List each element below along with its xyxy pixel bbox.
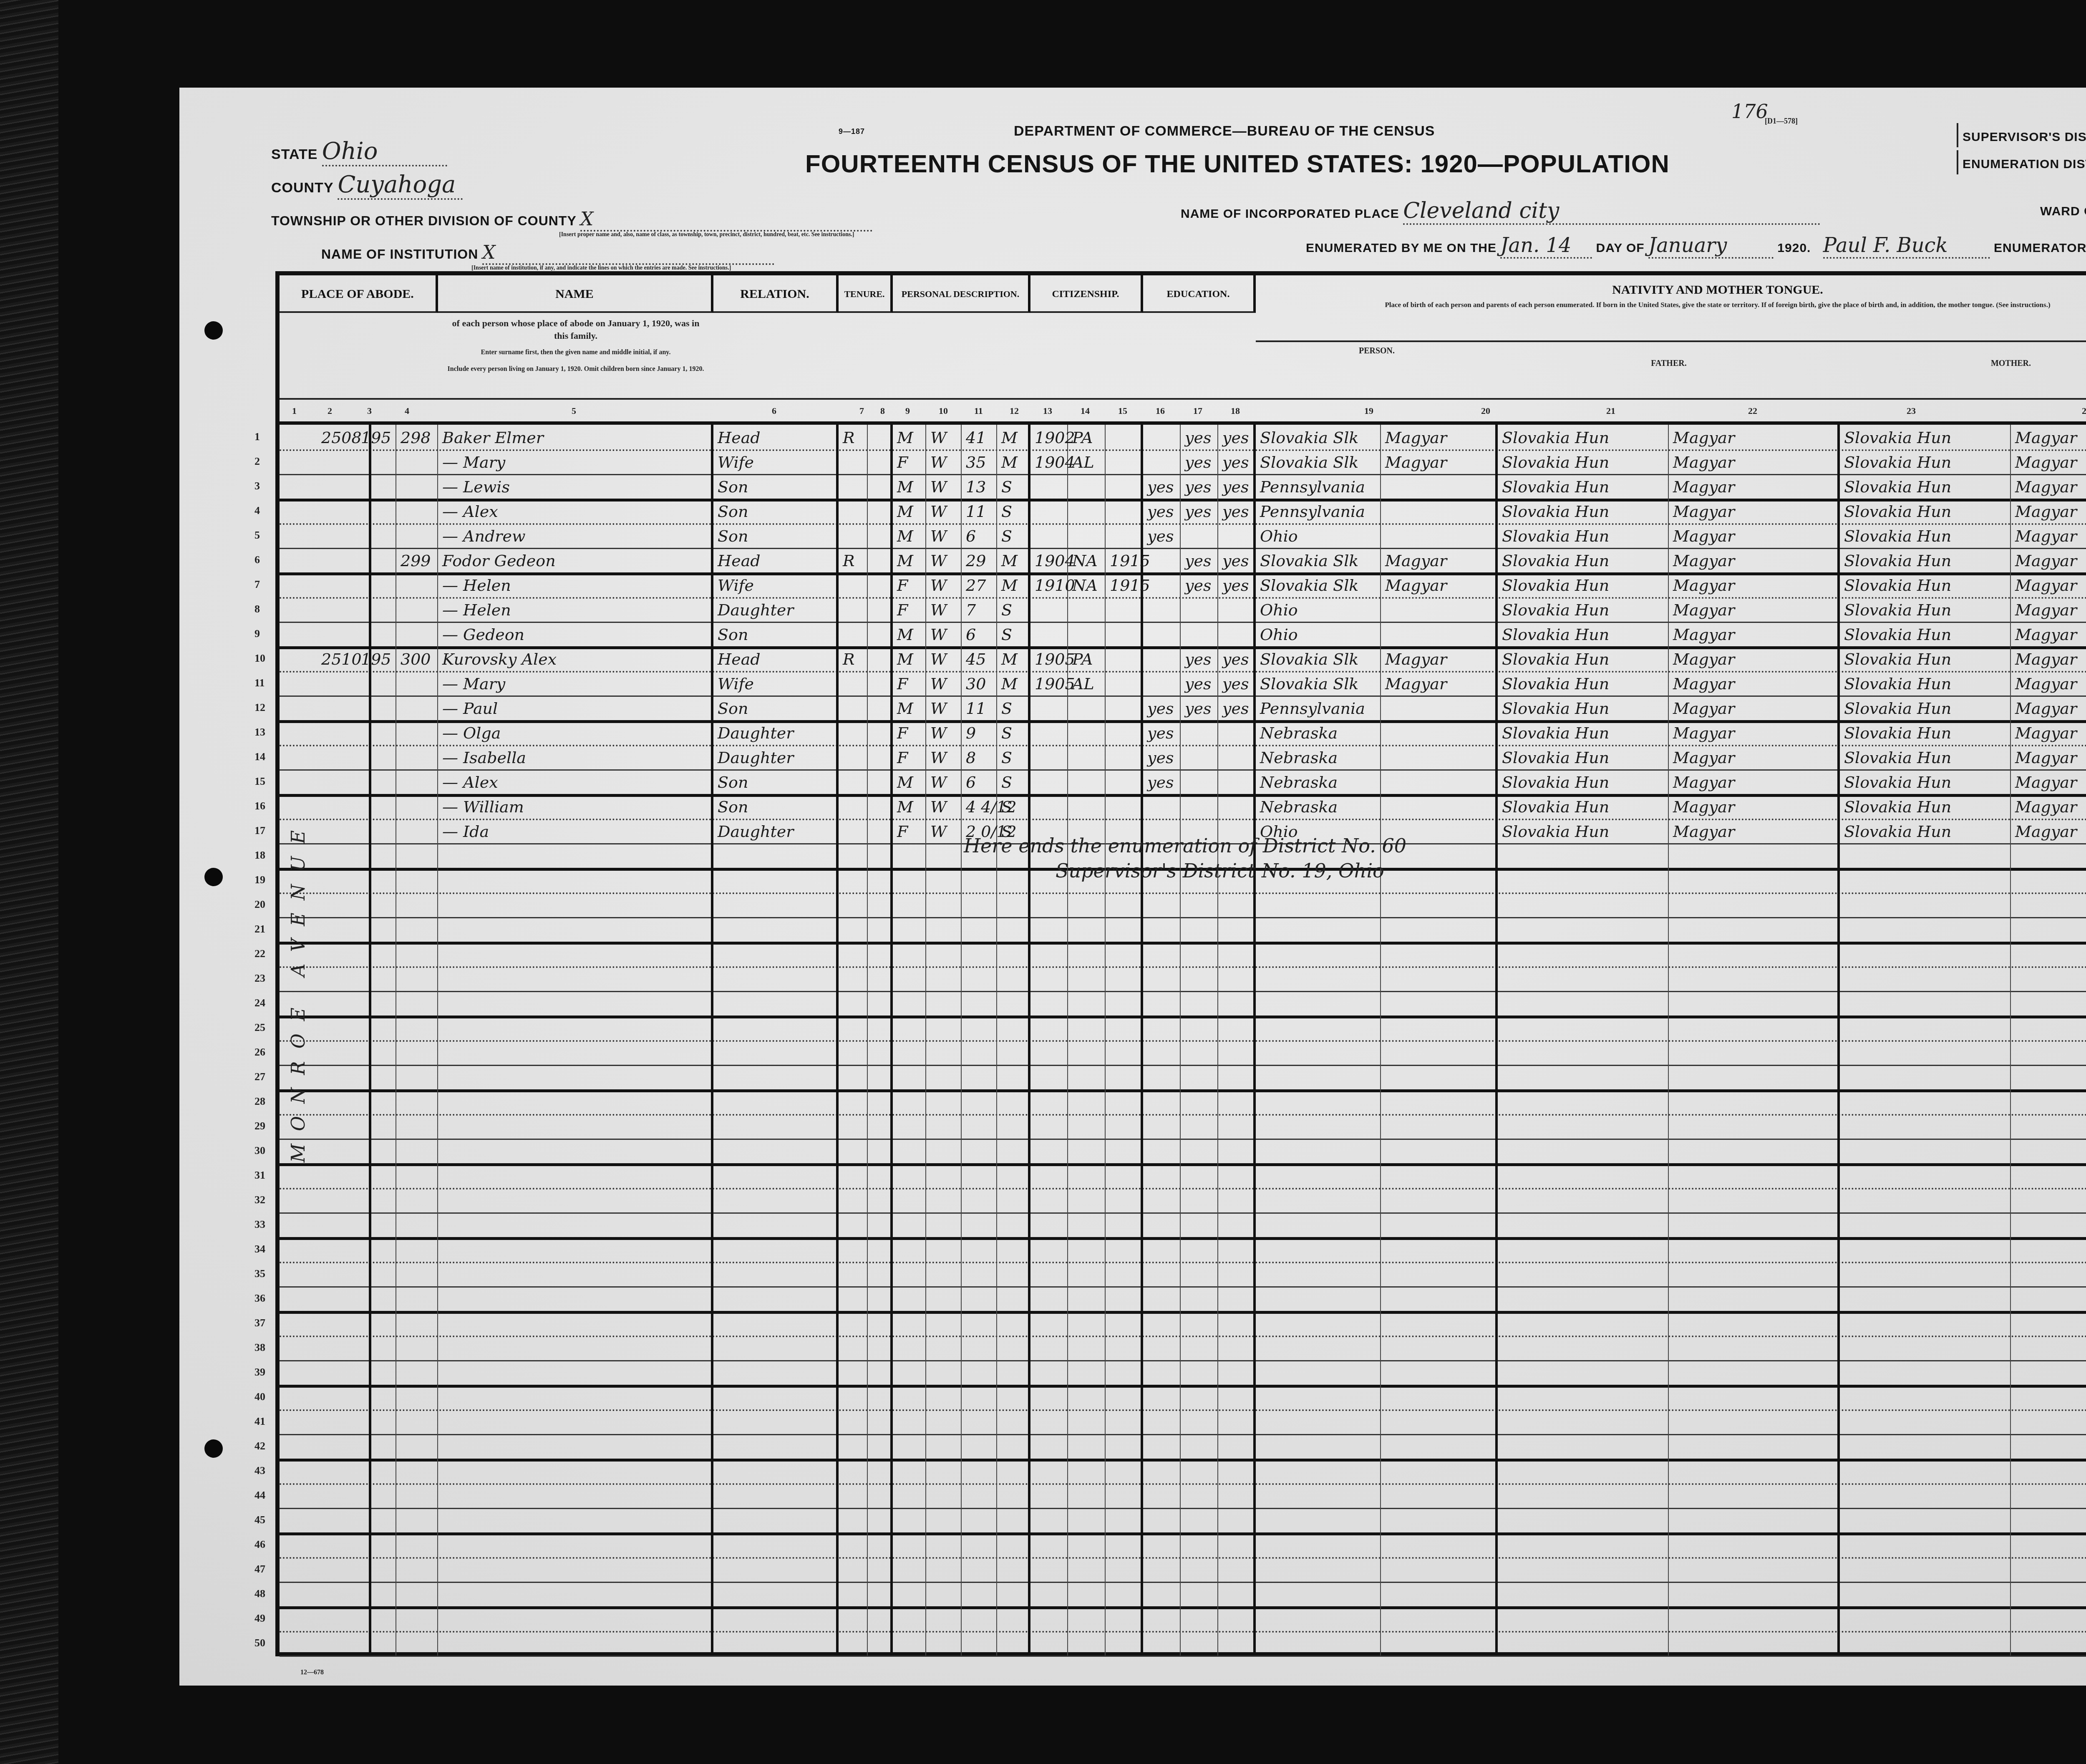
cell-natyear: [1106, 1016, 1143, 1040]
cell-family: [396, 868, 438, 892]
line-number-left: 17: [254, 824, 265, 837]
cell-nat: PA: [1068, 425, 1106, 449]
cell-m-tongue: [2011, 1311, 2086, 1336]
cell-family: [396, 474, 438, 499]
cell-family: [396, 1557, 438, 1582]
cell-m-tongue: [2011, 1631, 2086, 1656]
cell-relation: [713, 1262, 839, 1286]
cell-write: [1218, 1040, 1256, 1065]
cell-tenure: [839, 1508, 868, 1532]
group-relation: RELATION.: [713, 275, 839, 313]
cell-immig: [1030, 966, 1068, 991]
cell-immig: 1904: [1030, 449, 1068, 474]
cell-m-pob: Slovakia Hun: [1840, 671, 2011, 696]
cell-family: [396, 523, 438, 548]
cell-read: [1181, 991, 1218, 1016]
cell-family: [396, 966, 438, 991]
cell-tenure: [839, 572, 868, 597]
cell-age: [962, 991, 997, 1016]
cell-write: [1218, 1557, 1256, 1582]
cell-tongue: Magyar: [1381, 548, 1498, 572]
cell-f-tongue: Magyar: [1669, 671, 1840, 696]
cell-marital: M: [997, 449, 1030, 474]
cell-m-pob: Slovakia Hun: [1840, 548, 2011, 572]
supervisor-district-label: SUPERVISOR'S DISTRICT NO.: [1963, 130, 2086, 144]
cell-f-pob: [1498, 1459, 1669, 1483]
cell-marital: [997, 1483, 1030, 1508]
cell-marital: [997, 1089, 1030, 1114]
cell-dwelling: [357, 548, 396, 572]
cell-tenure: [839, 1385, 868, 1409]
cell-relation: Daughter: [713, 745, 839, 769]
line-number-left: 14: [254, 751, 265, 763]
cell-school: yes: [1143, 720, 1181, 745]
cell-m-tongue: [2011, 991, 2086, 1016]
cell-sex: [893, 1606, 926, 1631]
census-sheet: STATE Ohio COUNTY Cuyahoga TOWNSHIP OR O…: [179, 88, 2086, 1686]
cell-write: [1218, 1311, 1256, 1336]
cell-name: — Gedeon: [438, 622, 713, 646]
cell-m-pob: [1840, 991, 2011, 1016]
cell-m-pob: [1840, 843, 2011, 868]
cell-write: [1218, 622, 1256, 646]
line-number-left: 7: [254, 578, 260, 591]
cell-age: 29: [962, 548, 997, 572]
cell-m-pob: [1840, 868, 2011, 892]
group-nativity: NATIVITY AND MOTHER TONGUE. Place of bir…: [1256, 275, 2086, 342]
col-num: 4: [405, 406, 409, 416]
cell-tongue: [1381, 1459, 1498, 1483]
cell-sex: [893, 843, 926, 868]
cell-marital: [997, 1582, 1030, 1606]
table-row: — MaryWifeFW30M1905ALyesyesSlovakia SlkM…: [280, 671, 2086, 697]
cell-race: [926, 1212, 962, 1237]
line-number-left: 32: [254, 1194, 265, 1206]
cell-m-tongue: Magyar: [2011, 745, 2086, 769]
cell-dwelling: [357, 1606, 396, 1631]
cell-school: [1143, 1139, 1181, 1163]
cell-race: W: [926, 745, 962, 769]
cell-family: [396, 745, 438, 769]
punch-hole: [204, 868, 223, 886]
cell-read: [1181, 1065, 1218, 1089]
cell-age: 6: [962, 523, 997, 548]
cell-m-pob: [1840, 917, 2011, 942]
cell-pob: [1256, 1483, 1381, 1508]
cell-natyear: [1106, 1114, 1143, 1139]
cell-race: W: [926, 499, 962, 523]
cell-m-pob: [1840, 1016, 2011, 1040]
cell-tongue: [1381, 917, 1498, 942]
cell-pob: [1256, 1557, 1381, 1582]
cell-read: [1181, 1089, 1218, 1114]
cell-age: [962, 1508, 997, 1532]
cell-nat: NA: [1068, 548, 1106, 572]
cell-family: [396, 1311, 438, 1336]
cell-nat: [1068, 794, 1106, 819]
cell-age: [962, 868, 997, 892]
table-row: 2323: [280, 966, 2086, 992]
cell-relation: [713, 1557, 839, 1582]
cell-sex: [893, 1114, 926, 1139]
cell-nat: [1068, 745, 1106, 769]
cell-nat: [1068, 1237, 1106, 1262]
cell-tongue: [1381, 1286, 1498, 1311]
cell-read: [1181, 1212, 1218, 1237]
cell-age: [962, 1286, 997, 1311]
cell---own: [868, 745, 893, 769]
cell-dwelling: [357, 449, 396, 474]
cell-dwelling: [357, 523, 396, 548]
cell-nat: [1068, 597, 1106, 622]
nativity-title: NATIVITY AND MOTHER TONGUE.: [1256, 280, 2086, 300]
cell-m-pob: [1840, 942, 2011, 966]
cell-name: [438, 1409, 713, 1434]
cell-name: — Paul: [438, 696, 713, 720]
cell-pob: [1256, 892, 1381, 917]
cell-race: W: [926, 622, 962, 646]
cell-pob: Nebraska: [1256, 720, 1381, 745]
cell-f-pob: [1498, 1409, 1669, 1434]
cell-read: [1181, 1163, 1218, 1188]
cell-race: [926, 942, 962, 966]
street-name: MONROE AVENUE: [288, 818, 309, 1162]
cell-name: [438, 1262, 713, 1286]
cell-m-pob: Slovakia Hun: [1840, 794, 2011, 819]
cell-family: [396, 843, 438, 868]
cell-sex: F: [893, 449, 926, 474]
cell-m-pob: Slovakia Hun: [1840, 819, 2011, 843]
cell-tongue: [1381, 474, 1498, 499]
cell-dwelling: [357, 1532, 396, 1557]
cell-m-tongue: [2011, 1360, 2086, 1385]
col-num: 24: [2082, 406, 2086, 416]
cell-natyear: [1106, 449, 1143, 474]
cell-race: [926, 843, 962, 868]
cell-read: [1181, 966, 1218, 991]
cell-sex: F: [893, 720, 926, 745]
cell-race: [926, 1582, 962, 1606]
cell-race: W: [926, 646, 962, 671]
cell-dwelling: [357, 991, 396, 1016]
cell-dwelling: [357, 1409, 396, 1434]
cell-sex: [893, 1336, 926, 1360]
cell-natyear: [1106, 671, 1143, 696]
cell-f-pob: [1498, 1606, 1669, 1631]
cell-race: [926, 966, 962, 991]
cell-dwelling: [357, 1582, 396, 1606]
cell-read: [1181, 1262, 1218, 1286]
cell-tongue: [1381, 745, 1498, 769]
cell-m-pob: [1840, 1065, 2011, 1089]
cell-f-pob: Slovakia Hun: [1498, 474, 1669, 499]
cell-immig: [1030, 892, 1068, 917]
cell-read: yes: [1181, 548, 1218, 572]
cell-nat: [1068, 917, 1106, 942]
cell-dwelling: [357, 1385, 396, 1409]
cell-tenure: R: [839, 425, 868, 449]
cell-f-pob: [1498, 892, 1669, 917]
cell-tenure: [839, 671, 868, 696]
cell-age: 27: [962, 572, 997, 597]
cell-sex: [893, 1483, 926, 1508]
cell-natyear: [1106, 1582, 1143, 1606]
cell-name: [438, 843, 713, 868]
cell-dwelling: [357, 966, 396, 991]
table-row: 2828: [280, 1089, 2086, 1116]
cell-sex: [893, 942, 926, 966]
cell-natyear: [1106, 942, 1143, 966]
cell---own: [868, 868, 893, 892]
cell-m-pob: Slovakia Hun: [1840, 745, 2011, 769]
cell-family: [396, 1434, 438, 1459]
cell-f-tongue: Magyar: [1669, 597, 1840, 622]
cell-race: W: [926, 794, 962, 819]
table-row: — LewisSonMW13SyesyesyesPennsylvaniaSlov…: [280, 474, 2086, 501]
cell-race: W: [926, 696, 962, 720]
cell-immig: [1030, 1483, 1068, 1508]
cell-m-pob: Slovakia Hun: [1840, 449, 2011, 474]
cell-f-pob: [1498, 1336, 1669, 1360]
cell-name: [438, 1114, 713, 1139]
cell-relation: Wife: [713, 671, 839, 696]
cell-write: [1218, 1483, 1256, 1508]
cell-tongue: [1381, 1016, 1498, 1040]
data-rows: 2508195298Baker ElmerHeadRMW41M1902PAyes…: [280, 421, 2086, 1652]
cell-relation: [713, 991, 839, 1016]
col-num: 10: [939, 406, 948, 416]
table-row: 3232: [280, 1188, 2086, 1214]
col-num: 2: [328, 406, 332, 416]
cell-sex: [893, 1360, 926, 1385]
cell-read: [1181, 1360, 1218, 1385]
cell-marital: [997, 1360, 1030, 1385]
cell-m-pob: [1840, 1631, 2011, 1656]
cell-tongue: [1381, 499, 1498, 523]
cell-natyear: [1106, 1508, 1143, 1532]
cell-name: [438, 1459, 713, 1483]
cell-tongue: [1381, 1262, 1498, 1286]
cell-m-pob: [1840, 1089, 2011, 1114]
cell-tongue: [1381, 1385, 1498, 1409]
col-num: 9: [905, 406, 910, 416]
state-label: STATE: [271, 146, 317, 162]
cell-immig: [1030, 769, 1068, 794]
cell-natyear: [1106, 892, 1143, 917]
cell-marital: [997, 868, 1030, 892]
cell-dwelling: [357, 597, 396, 622]
cell-m-pob: [1840, 1237, 2011, 1262]
cell-f-pob: [1498, 1114, 1669, 1139]
cell---own: [868, 843, 893, 868]
cell-nat: [1068, 1188, 1106, 1212]
cell-relation: Head: [713, 646, 839, 671]
cell-name: — Mary: [438, 449, 713, 474]
cell-tenure: [839, 1360, 868, 1385]
cell-dwelling: [357, 1336, 396, 1360]
cell-m-tongue: [2011, 1582, 2086, 1606]
cell-relation: Son: [713, 696, 839, 720]
table-row: 2020: [280, 892, 2086, 918]
cell---own: [868, 449, 893, 474]
cell-m-tongue: Magyar: [2011, 646, 2086, 671]
cell-dwelling: [357, 1065, 396, 1089]
cell-tenure: [839, 892, 868, 917]
cell---own: [868, 1360, 893, 1385]
cell-immig: [1030, 942, 1068, 966]
cell-tenure: [839, 1262, 868, 1286]
cell-f-tongue: [1669, 1532, 1840, 1557]
cell-relation: [713, 1212, 839, 1237]
cell-tongue: [1381, 1631, 1498, 1656]
cell-m-tongue: [2011, 1065, 2086, 1089]
nativity-note: Place of birth of each person and parent…: [1256, 300, 2086, 310]
cell-f-pob: [1498, 1089, 1669, 1114]
cell-name: [438, 1311, 713, 1336]
cell-read: [1181, 1409, 1218, 1434]
cell-pob: [1256, 1262, 1381, 1286]
cell-immig: [1030, 1336, 1068, 1360]
cell-m-tongue: [2011, 1016, 2086, 1040]
cell-name: [438, 1139, 713, 1163]
cell-relation: [713, 917, 839, 942]
table-row: 3333: [280, 1212, 2086, 1240]
cell-m-pob: [1840, 1163, 2011, 1188]
cell-marital: S: [997, 720, 1030, 745]
cell-nat: [1068, 1212, 1106, 1237]
cell-sex: F: [893, 597, 926, 622]
cell-f-tongue: Magyar: [1669, 548, 1840, 572]
cell-m-tongue: Magyar: [2011, 499, 2086, 523]
cell-immig: [1030, 523, 1068, 548]
cell-name: — Helen: [438, 597, 713, 622]
cell-name: [438, 1212, 713, 1237]
cell-immig: [1030, 1311, 1068, 1336]
enumerator-label: ENUMERATOR.: [1994, 241, 2086, 255]
cell-m-tongue: [2011, 868, 2086, 892]
cell-immig: [1030, 1385, 1068, 1409]
cell-nat: [1068, 1163, 1106, 1188]
cell-pob: [1256, 1606, 1381, 1631]
cell-m-tongue: [2011, 892, 2086, 917]
line-number-left: 37: [254, 1317, 265, 1329]
cell-f-tongue: [1669, 1163, 1840, 1188]
cell-tongue: [1381, 1040, 1498, 1065]
cell-family: [396, 991, 438, 1016]
cell-sex: [893, 1262, 926, 1286]
cell-marital: M: [997, 671, 1030, 696]
cell-f-tongue: [1669, 1557, 1840, 1582]
cell-dwelling: [357, 769, 396, 794]
cell-marital: [997, 1532, 1030, 1557]
cell-tongue: [1381, 1360, 1498, 1385]
cell-age: [962, 1409, 997, 1434]
cell-write: [1218, 1016, 1256, 1040]
cell-f-tongue: [1669, 892, 1840, 917]
cell-m-pob: [1840, 1582, 2011, 1606]
cell-natyear: [1106, 622, 1143, 646]
cell-f-pob: [1498, 868, 1669, 892]
cell-write: yes: [1218, 499, 1256, 523]
cell-dwelling: [357, 942, 396, 966]
cell-read: [1181, 1483, 1218, 1508]
cell-natyear: [1106, 1606, 1143, 1631]
cell-name: — William: [438, 794, 713, 819]
cell-write: [1218, 942, 1256, 966]
cell-m-pob: Slovakia Hun: [1840, 523, 2011, 548]
cell-marital: [997, 1409, 1030, 1434]
cell-race: [926, 1188, 962, 1212]
cell---own: [868, 1065, 893, 1089]
cell-f-pob: [1498, 991, 1669, 1016]
cell-tongue: Magyar: [1381, 671, 1498, 696]
cell-immig: [1030, 1065, 1068, 1089]
cell-f-tongue: [1669, 1262, 1840, 1286]
state-value: Ohio: [322, 138, 447, 166]
cell-family: [396, 794, 438, 819]
cell-write: [1218, 1188, 1256, 1212]
enumeration-district-field: ENUMERATION DISTRICT NO. 60: [1957, 150, 2086, 174]
cell-tenure: [839, 1016, 868, 1040]
table-row: 2121: [280, 917, 2086, 945]
cell-school: [1143, 1016, 1181, 1040]
cell-school: [1143, 966, 1181, 991]
incorporated-place-label: NAME OF INCORPORATED PLACE: [1181, 207, 1399, 221]
table-row: 2222: [280, 942, 2086, 968]
cell-write: yes: [1218, 646, 1256, 671]
cell---own: [868, 1508, 893, 1532]
cell-family: [396, 1163, 438, 1188]
closing-note-line-2: Supervisor's District No. 19, Ohio: [1056, 859, 1384, 882]
cell-natyear: [1106, 1212, 1143, 1237]
cell-m-pob: [1840, 1262, 2011, 1286]
cell-name: [438, 1606, 713, 1631]
cell-age: 35: [962, 449, 997, 474]
cell-dwelling: [357, 819, 396, 843]
cell-read: [1181, 745, 1218, 769]
cell-f-pob: Slovakia Hun: [1498, 794, 1669, 819]
cell-tongue: [1381, 892, 1498, 917]
cell-pob: Ohio: [1256, 523, 1381, 548]
cell-immig: [1030, 1459, 1068, 1483]
cell-sex: [893, 1237, 926, 1262]
cell-name: — Helen: [438, 572, 713, 597]
cell-tenure: [839, 622, 868, 646]
form-number: 9—187: [839, 127, 865, 136]
cell-dwelling: 195: [357, 646, 396, 671]
line-number-left: 40: [254, 1391, 265, 1403]
cell-m-tongue: [2011, 1163, 2086, 1188]
cell-school: yes: [1143, 474, 1181, 499]
line-number-left: 36: [254, 1292, 265, 1305]
cell-relation: [713, 1311, 839, 1336]
cell-race: [926, 1434, 962, 1459]
group-citizenship: CITIZENSHIP.: [1030, 275, 1143, 313]
cell-tenure: [839, 1532, 868, 1557]
cell-natyear: [1106, 1336, 1143, 1360]
cell-f-tongue: [1669, 868, 1840, 892]
cell-immig: [1030, 1114, 1068, 1139]
cell-dwelling: [357, 1089, 396, 1114]
cell-age: [962, 1089, 997, 1114]
cell-m-tongue: Magyar: [2011, 474, 2086, 499]
table-row: 5050: [280, 1631, 2086, 1657]
cell-f-pob: Slovakia Hun: [1498, 646, 1669, 671]
cell-f-tongue: Magyar: [1669, 622, 1840, 646]
line-number-left: 41: [254, 1415, 265, 1428]
cell-pob: Nebraska: [1256, 769, 1381, 794]
cell-f-tongue: [1669, 1016, 1840, 1040]
